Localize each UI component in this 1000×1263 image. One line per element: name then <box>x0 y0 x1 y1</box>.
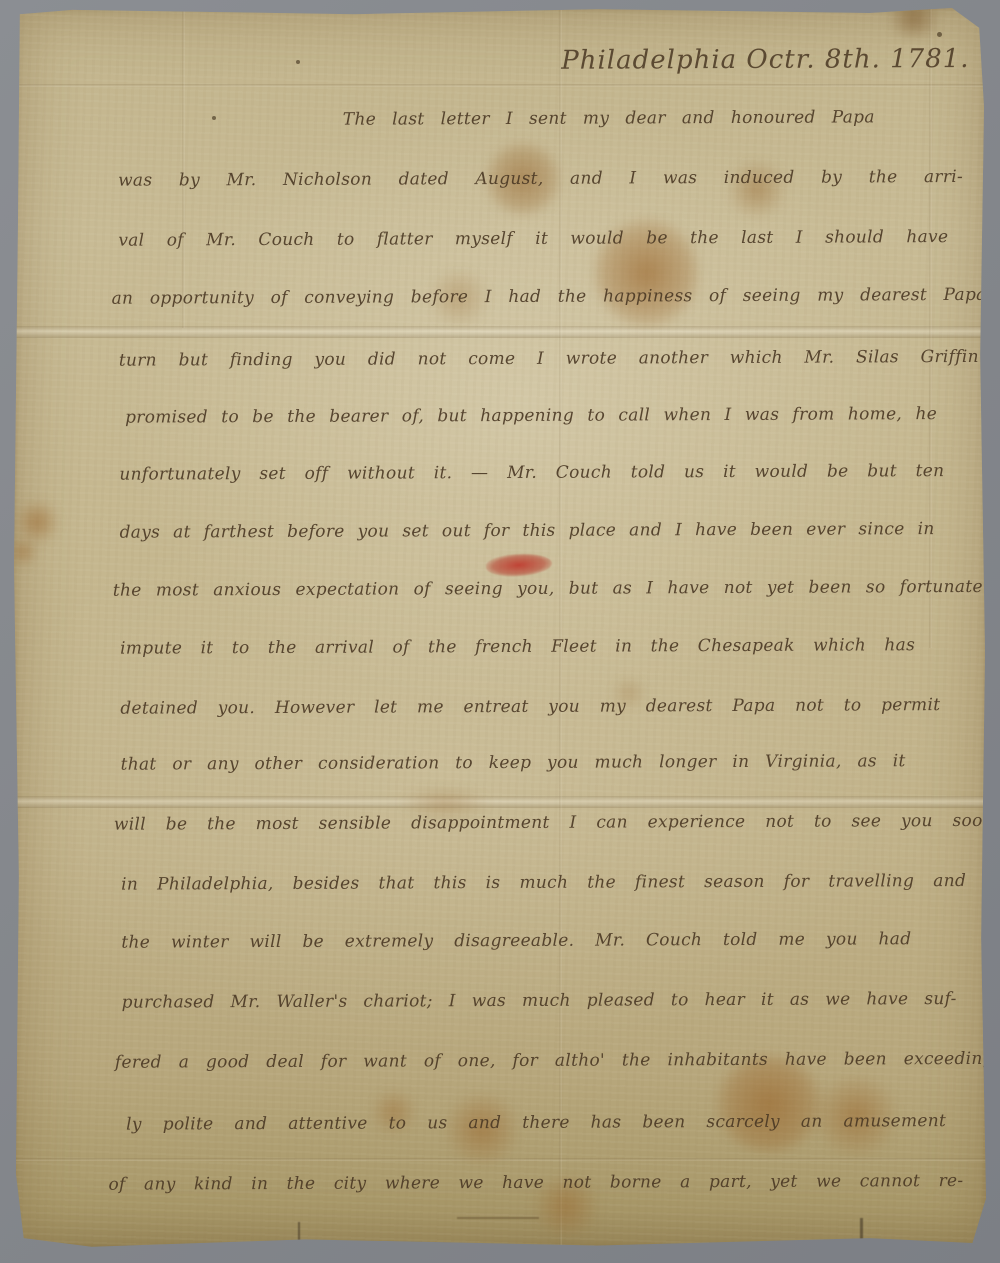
letter-line: that or any other consideration to keep … <box>121 750 906 777</box>
letter-line: turn but finding you did not come I wrot… <box>119 346 979 374</box>
letter-line: purchased Mr. Waller's chariot; I was mu… <box>122 988 957 1016</box>
letter-line: was by Mr. Nicholson dated August, and I… <box>118 166 963 194</box>
letter-line: val of Mr. Couch to flatter myself it wo… <box>118 226 948 254</box>
letter-line: in Philadelphia, besides that this is mu… <box>121 870 966 898</box>
letter-line: promised to be the bearer of, but happen… <box>125 403 937 431</box>
letter-line: days at farthest before you set out for … <box>120 518 935 546</box>
letter-line: an opportunity of conveying before I had… <box>112 284 987 312</box>
letter-line: the winter will be extremely disagreeabl… <box>121 928 911 955</box>
letter-line: fered a good deal for want of one, for a… <box>115 1048 1000 1076</box>
letter-line: ly polite and attentive to us and there … <box>126 1110 946 1138</box>
letter-line: of any kind in the city where we have no… <box>108 1170 963 1198</box>
letter-line: detained you. However let me entreat you… <box>120 694 940 722</box>
letter-sheet: Philadelphia Octr. 8th. 1781. The last l… <box>14 8 986 1248</box>
letter-line: impute it to the arrival of the french F… <box>120 634 915 661</box>
photo-backdrop: Philadelphia Octr. 8th. 1781. The last l… <box>0 0 1000 1263</box>
letter-line: the most anxious expectation of seeing y… <box>113 576 983 604</box>
letter-dateline: Philadelphia Octr. 8th. 1781. <box>549 44 969 76</box>
letter-line: unfortunately set off without it. — Mr. … <box>119 460 944 488</box>
letter-line: will be the most sensible disappointment… <box>114 810 994 838</box>
handwriting-layer: Philadelphia Octr. 8th. 1781. The last l… <box>11 6 988 1250</box>
letter-line: The last letter I sent my dear and honou… <box>343 106 875 132</box>
